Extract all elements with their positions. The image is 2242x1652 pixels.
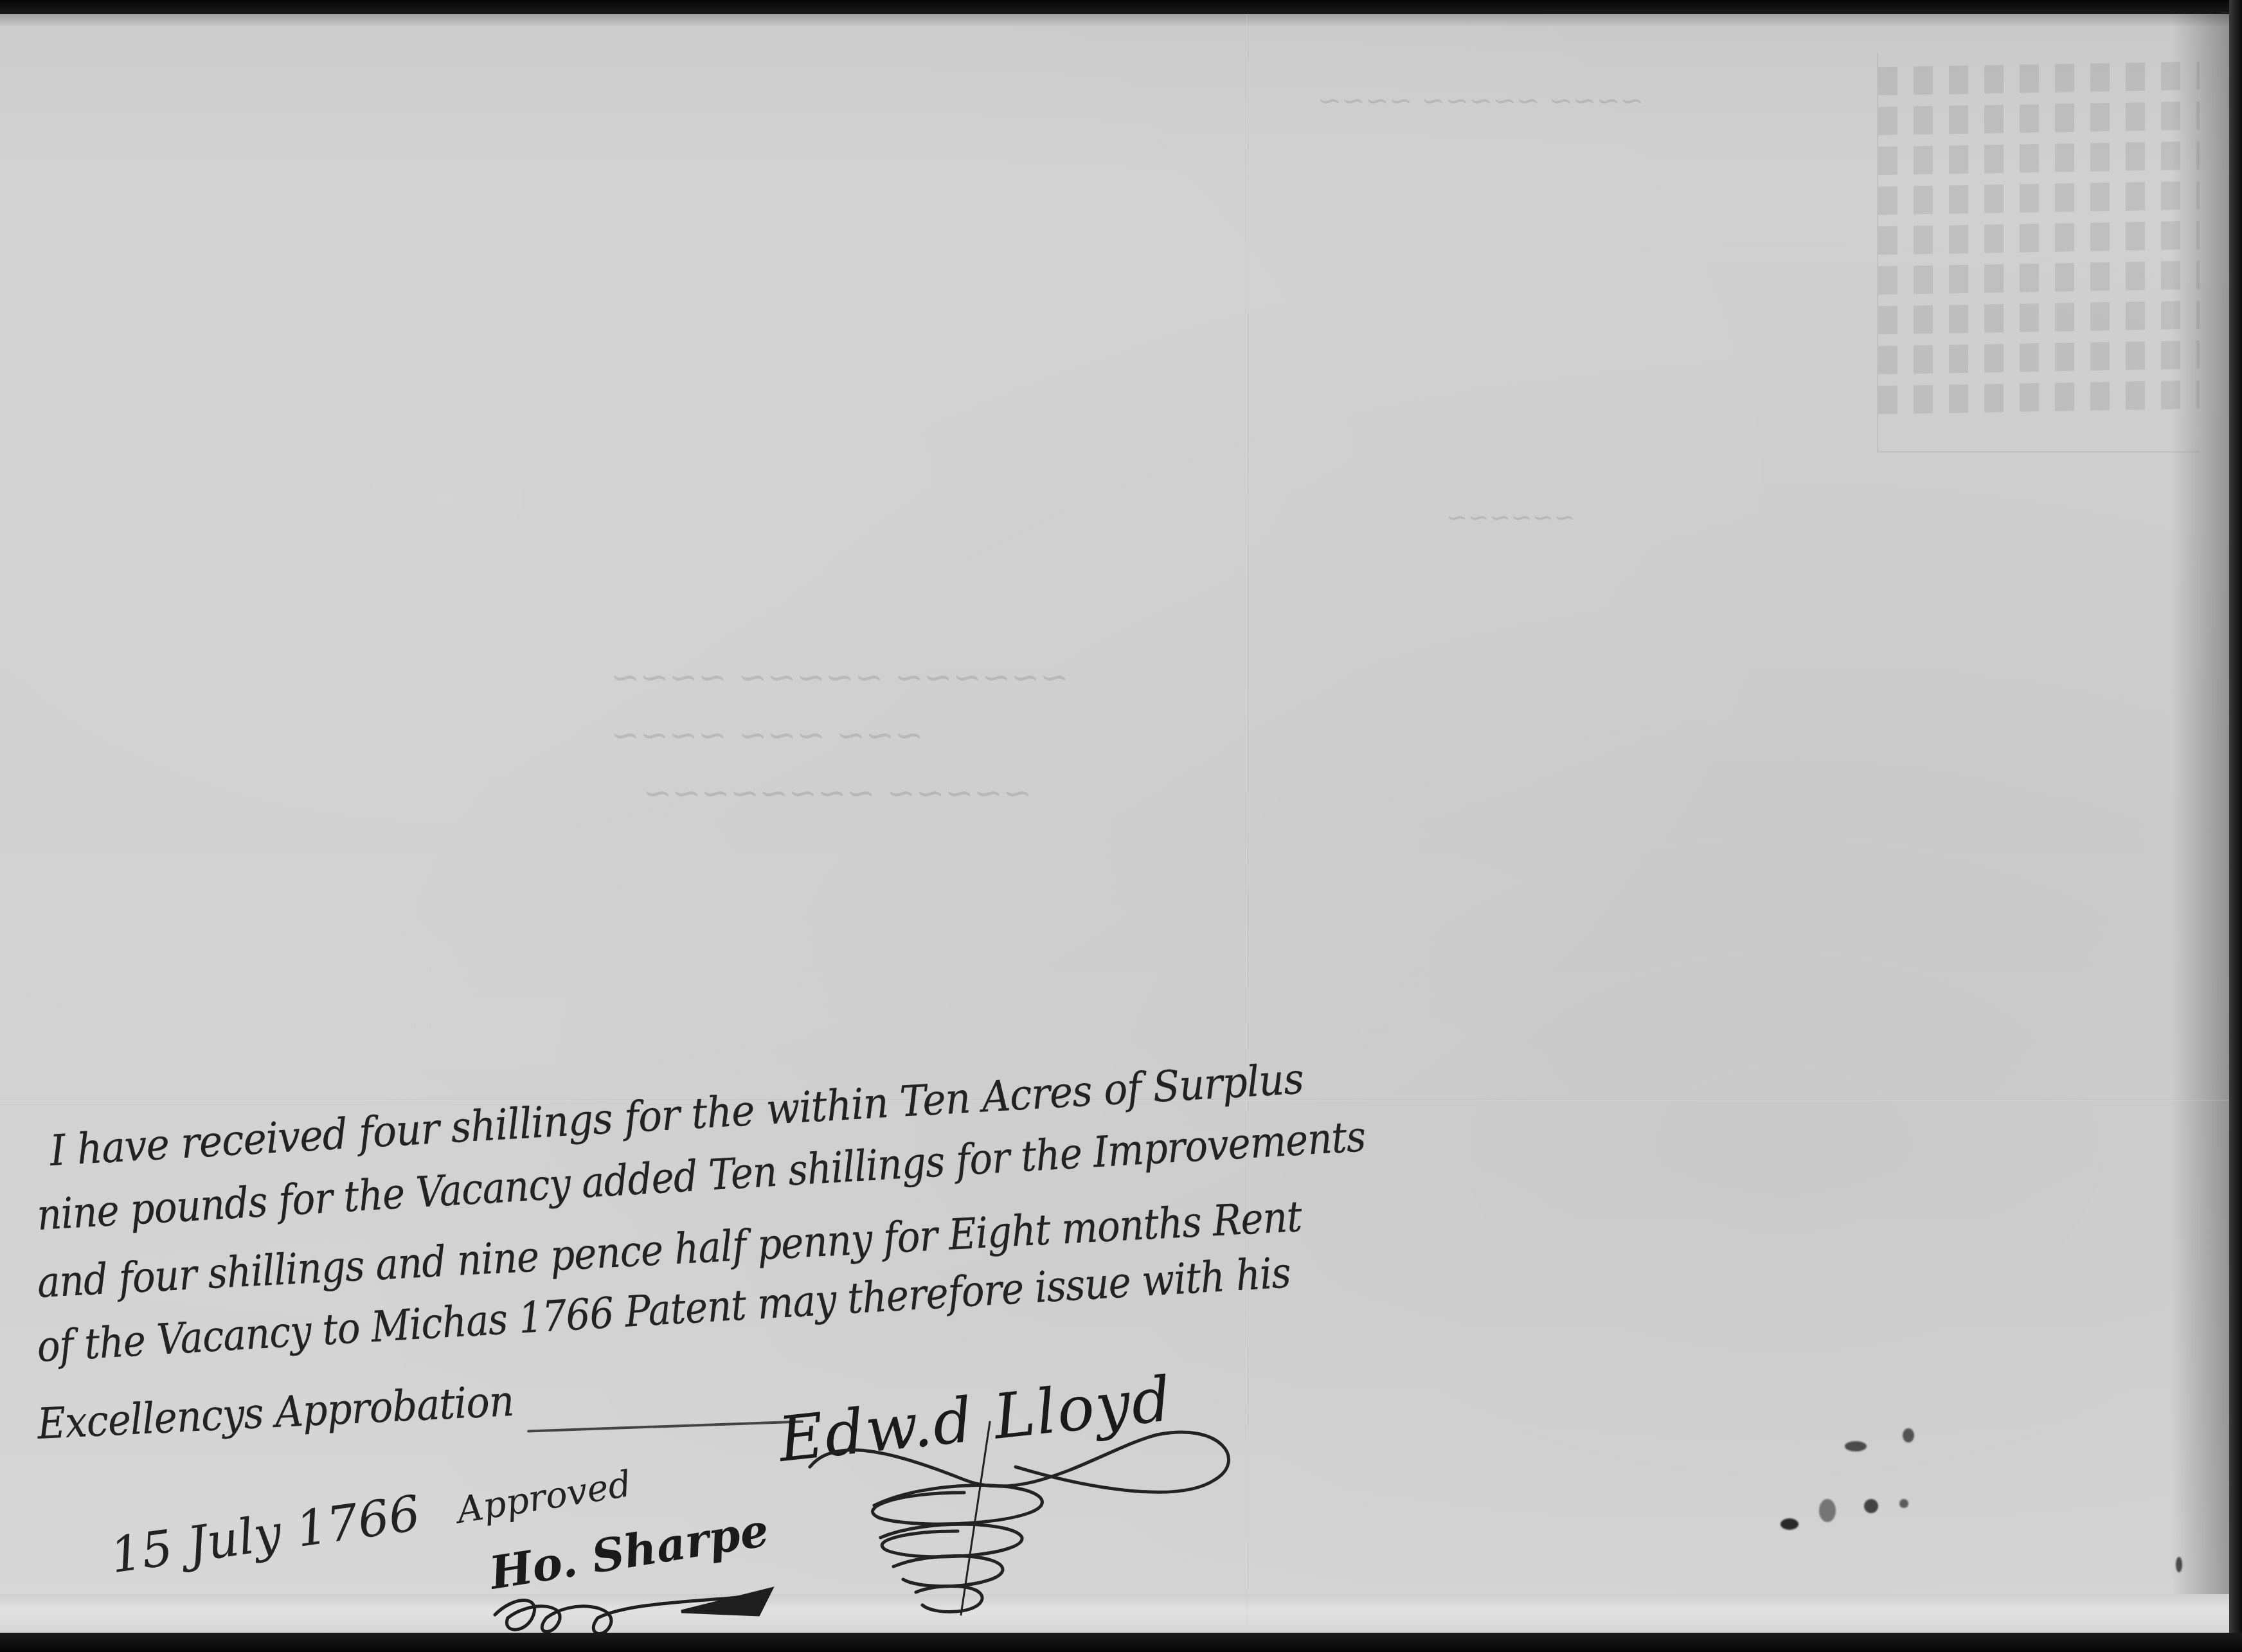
bleed-through-mark: ~~~~~~ ~~~~~ ~~~~ — [611, 657, 1069, 697]
scan-border-right — [2229, 0, 2242, 1652]
signature-lead-line — [527, 1420, 803, 1432]
manuscript-page: ~~~~ ~~~~~ ~~~~ ~~~~~~ ~~~~~ ~~~~ ~~~ ~~… — [0, 14, 2229, 1633]
bleed-through-mark: ~~~~ ~~~~~ ~~~~ — [1318, 85, 1644, 118]
ink-stain — [1864, 1499, 1878, 1513]
bleed-through-mark: ~~~~~ ~~~~~~~~ — [643, 773, 1032, 813]
scan-border-bottom — [0, 1633, 2242, 1652]
scan-border-top — [0, 0, 2242, 14]
document-date: 15 July 1766 — [107, 1484, 424, 1585]
ink-stain — [1845, 1441, 1867, 1451]
ink-stain — [1899, 1499, 1908, 1508]
ink-stain — [2176, 1557, 2182, 1572]
approved-label: Approved — [454, 1463, 634, 1532]
receipt-line-5: Excellencys Approbation — [36, 1376, 515, 1449]
ink-stain — [1780, 1518, 1798, 1530]
bleed-through-mark: ~~~ ~~~ ~~~~ — [611, 715, 924, 755]
paper-top-edge — [0, 14, 2229, 26]
lloyd-signature-flourish — [797, 1409, 1260, 1621]
bleed-through-mark: ~~~~~~ — [1446, 503, 1575, 532]
ink-stain — [1903, 1428, 1914, 1442]
bleed-through-table — [1877, 53, 2200, 453]
ink-stain — [1819, 1499, 1836, 1522]
handwritten-receipt: I have received four shillings for the w… — [39, 1126, 1388, 1628]
